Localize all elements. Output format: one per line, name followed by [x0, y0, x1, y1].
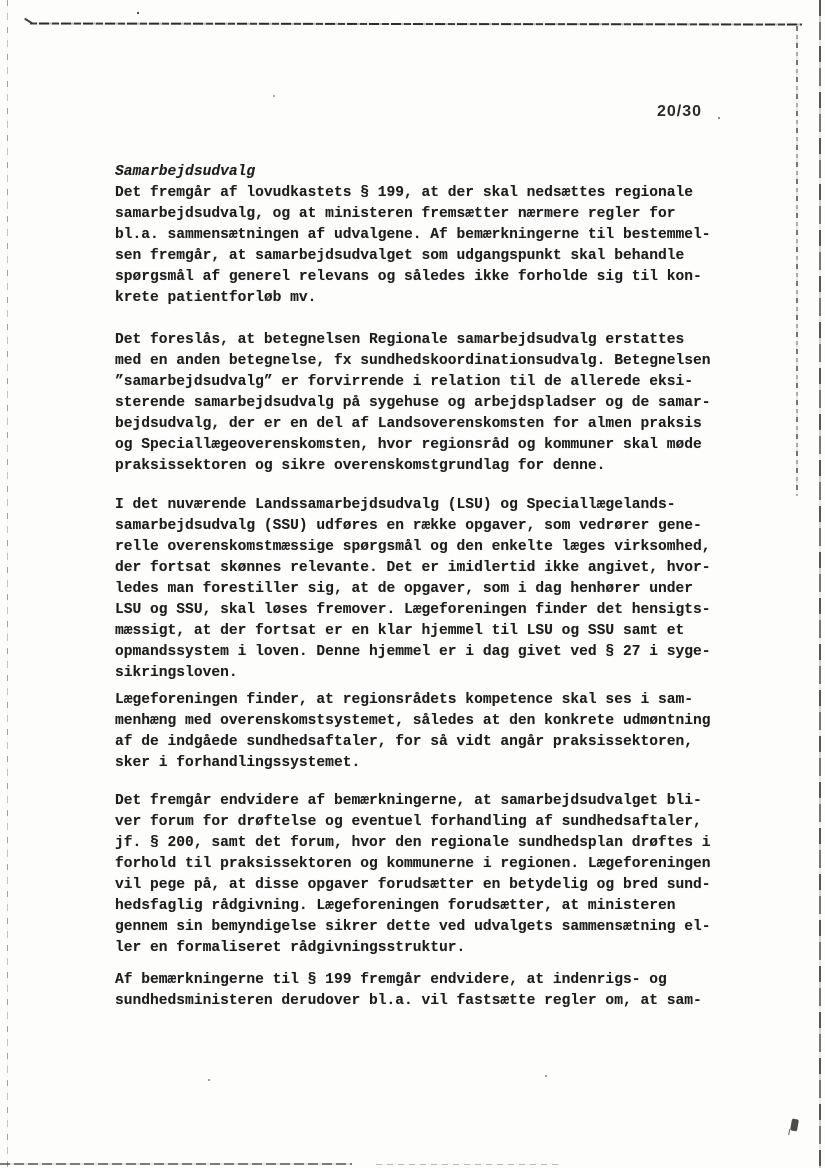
paragraph-5: Det fremgår endvidere af bemærkningerne,…: [115, 791, 720, 959]
scan-artifact-bottom-line: [0, 1163, 352, 1165]
section-heading: Samarbejdsudvalg: [115, 162, 720, 183]
scan-artifact-bottom-line-faint: [376, 1164, 561, 1165]
scan-artifact-noise-specks: [0, 0, 2, 2]
paragraph-6: Af bemærkningerne til § 199 fremgår endv…: [115, 970, 720, 1012]
paragraph-3: I det nuværende Landssamarbejdsudvalg (L…: [115, 495, 720, 684]
scan-artifact-top-left-tick: [24, 18, 33, 24]
scan-artifact-ink-smudge: [790, 1118, 799, 1131]
paragraph-1: Det fremgår af lovudkastets § 199, at de…: [115, 183, 720, 309]
paragraph-2: Det foreslås, at betegnelsen Regionale s…: [115, 330, 720, 477]
page-number: 20/30: [657, 103, 702, 121]
scan-artifact-right-edge-line: [819, 0, 821, 1168]
scan-artifact-right-inner-fold-line: [796, 26, 798, 496]
scanned-document-page: 20/30 Samarbejdsudvalg Det fremgår af lo…: [0, 0, 825, 1168]
scan-artifact-left-edge-line: [7, 0, 8, 1168]
scan-artifact-top-fold-line: [30, 22, 802, 25]
paragraph-4: Lægeforeningen finder, at regionsrådets …: [115, 690, 720, 774]
